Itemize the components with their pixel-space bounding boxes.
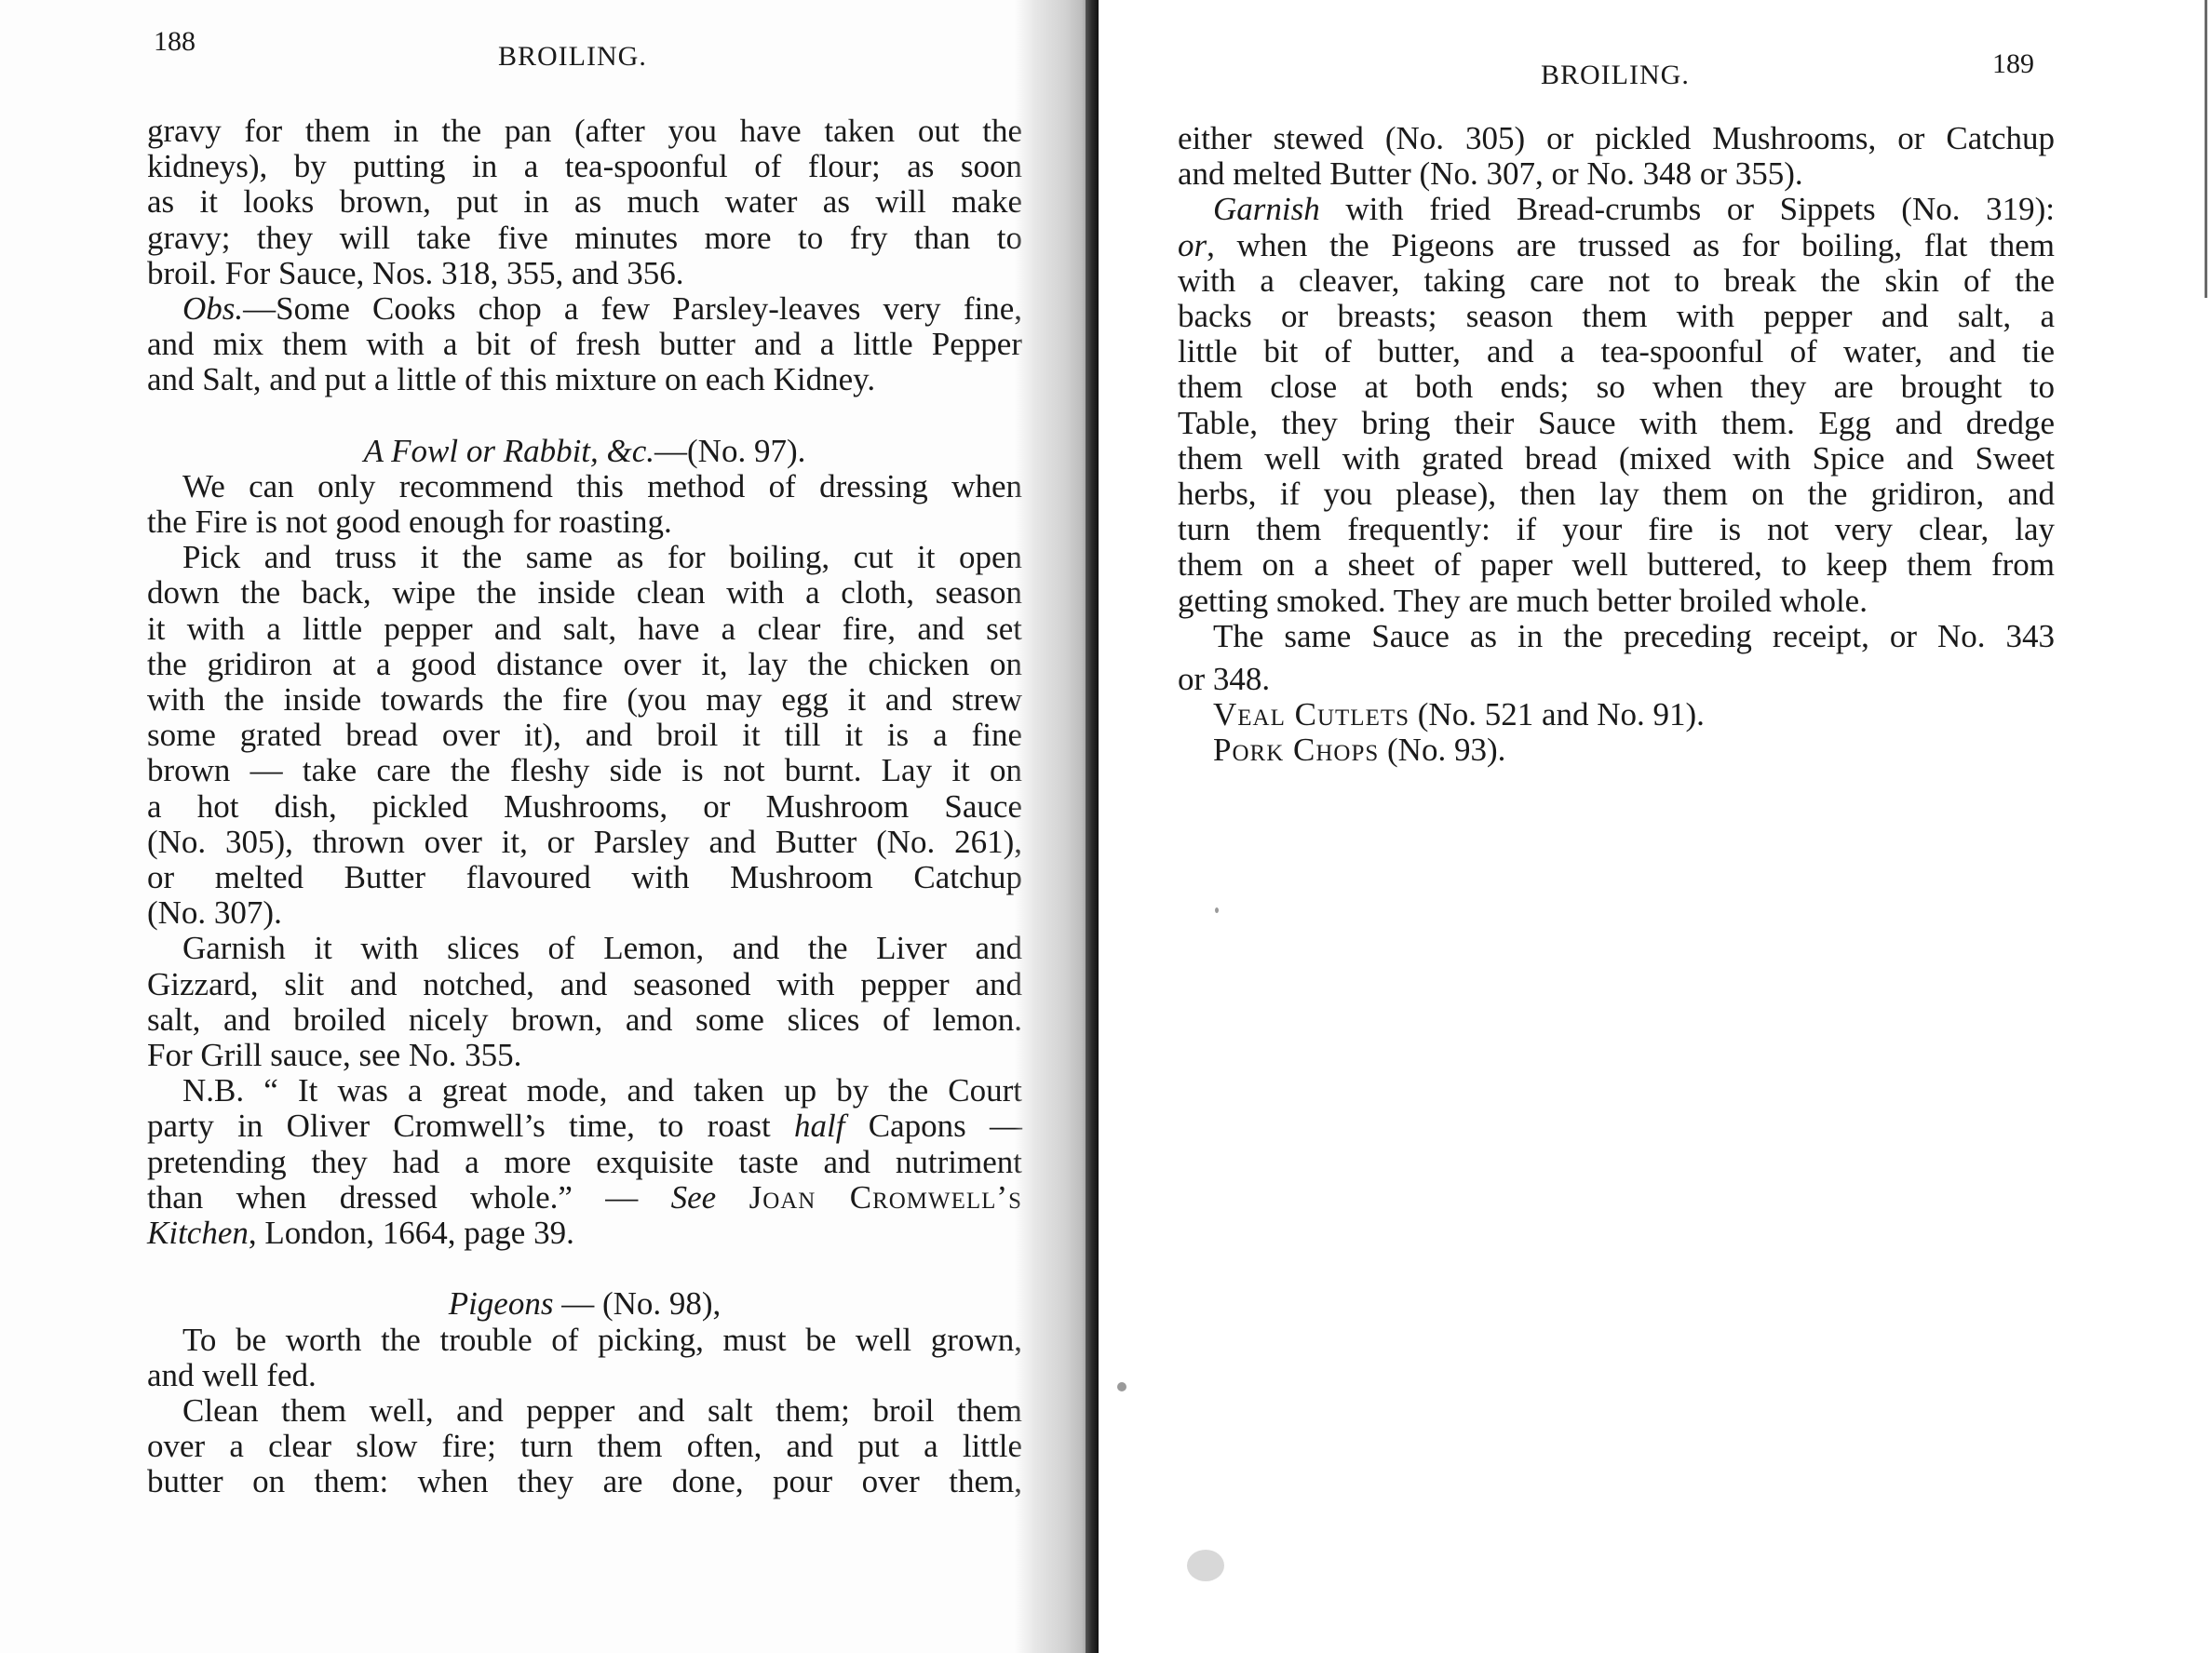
body-line: getting smoked. They are much better bro…	[1178, 584, 2055, 619]
body-line: it with a little pepper and salt, have a…	[147, 611, 1022, 647]
body-line: We can only recommend this method of dre…	[147, 469, 1022, 504]
body-line: them on a sheet of paper well buttered, …	[1178, 547, 2055, 583]
body-line: gravy; they will take five minutes more …	[147, 221, 1022, 256]
body-line: and well fed.	[147, 1358, 1022, 1393]
body-line: as it looks brown, put in as much water …	[147, 184, 1022, 220]
section-heading-pigeons: Pigeons — (No. 98),	[147, 1286, 1022, 1322]
section-heading-fowl: A Fowl or Rabbit, &c.—(No. 97).	[147, 434, 1022, 469]
sauce-line: The same Sauce as in the preceding recei…	[1178, 619, 2055, 654]
body-line: broil. For Sauce, Nos. 318, 355, and 356…	[147, 256, 1022, 291]
body-line: backs or breasts; season them with peppe…	[1178, 299, 2055, 334]
body-line: brown — take care the fleshy side is not…	[147, 753, 1022, 788]
nb-line: than when dressed whole.” — See Joan Cro…	[147, 1180, 1022, 1216]
left-body: gravy for them in the pan (after you hav…	[147, 114, 1022, 1500]
body-line: over a clear slow fire; turn them often,…	[147, 1429, 1022, 1464]
obs-label: Obs.	[182, 290, 243, 327]
page-number-right: 189	[1992, 48, 2034, 80]
nb-line: Kitchen, London, 1664, page 39.	[147, 1216, 1022, 1251]
book-spine-line	[1086, 0, 1099, 1653]
body-line: the gridiron at a good distance over it,…	[147, 647, 1022, 682]
body-line: or melted Butter flavoured with Mushroom…	[147, 860, 1022, 895]
nb-line: party in Oliver Cromwell’s time, to roas…	[147, 1109, 1022, 1144]
page-edge	[2205, 0, 2207, 298]
obs-line: and Salt, and put a little of this mixtu…	[147, 362, 1022, 397]
body-line: them well with grated bread (mixed with …	[1178, 441, 2055, 477]
garnish-line: Garnish with fried Bread-crumbs or Sippe…	[1178, 192, 2055, 227]
body-line: kidneys), by putting in a tea-spoonful o…	[147, 149, 1022, 184]
obs-line: Obs.—Some Cooks chop a few Parsley-leave…	[147, 291, 1022, 327]
body-line: herbs, if you please), then lay them on …	[1178, 477, 2055, 512]
nb-line: N.B. “ It was a great mode, and taken up…	[147, 1073, 1022, 1109]
garnish-line: or, when the Pigeons are trussed as for …	[1178, 228, 2055, 263]
nb-line: pretending they had a more exquisite tas…	[147, 1145, 1022, 1180]
left-page: 188 BROILING. gravy for them in the pan …	[0, 0, 1099, 1653]
paper-speck	[1117, 1382, 1126, 1391]
right-body: either stewed (No. 305) or pickled Mushr…	[1178, 121, 2055, 769]
body-line: Clean them well, and pepper and salt the…	[147, 1393, 1022, 1429]
obs-line: and mix them with a bit of fresh butter …	[147, 327, 1022, 362]
cross-ref-veal-cutlets: Veal Cutlets (No. 521 and No. 91).	[1178, 697, 2055, 732]
body-line: a hot dish, pickled Mushrooms, or Mushro…	[147, 789, 1022, 825]
body-line: down the back, wipe the inside clean wit…	[147, 575, 1022, 611]
body-line: with the inside towards the fire (you ma…	[147, 682, 1022, 718]
body-line: butter on them: when they are done, pour…	[147, 1464, 1022, 1499]
body-line: turn them frequently: if your fire is no…	[1178, 512, 2055, 547]
body-line: Garnish it with slices of Lemon, and the…	[147, 931, 1022, 966]
garnish-label: Garnish	[1213, 191, 1320, 227]
body-line: some grated bread over it), and broil it…	[147, 718, 1022, 753]
body-line: either stewed (No. 305) or pickled Mushr…	[1178, 121, 2055, 156]
body-line: the Fire is not good enough for roasting…	[147, 504, 1022, 540]
body-line: salt, and broiled nicely brown, and some…	[147, 1002, 1022, 1038]
sauce-line: or 348.	[1178, 662, 2055, 697]
page-number-left: 188	[154, 26, 196, 58]
body-line: (No. 305), thrown over it, or Parsley an…	[147, 825, 1022, 860]
body-line: little bit of butter, and a tea-spoonful…	[1178, 334, 2055, 370]
paper-stain	[1187, 1550, 1224, 1581]
cross-ref-pork-chops: Pork Chops (No. 93).	[1178, 732, 2055, 768]
body-line: (No. 307).	[147, 895, 1022, 931]
body-line: To be worth the trouble of picking, must…	[147, 1323, 1022, 1358]
body-line: Pick and truss it the same as for boilin…	[147, 540, 1022, 575]
body-line: with a cleaver, taking care not to break…	[1178, 263, 2055, 299]
paper-speck	[1215, 907, 1219, 913]
body-line: For Grill sauce, see No. 355.	[147, 1038, 1022, 1073]
body-line: gravy for them in the pan (after you hav…	[147, 114, 1022, 149]
body-line: them close at both ends; so when they ar…	[1178, 370, 2055, 405]
body-line: Table, they bring their Sauce with them.…	[1178, 406, 2055, 441]
body-line: Gizzard, slit and notched, and seasoned …	[147, 967, 1022, 1002]
running-head-left: BROILING.	[498, 41, 647, 73]
body-line: and melted Butter (No. 307, or No. 348 o…	[1178, 156, 2055, 192]
right-page: BROILING. 189 either stewed (No. 305) or…	[1099, 0, 2212, 1653]
running-head-right: BROILING.	[1541, 60, 1690, 91]
